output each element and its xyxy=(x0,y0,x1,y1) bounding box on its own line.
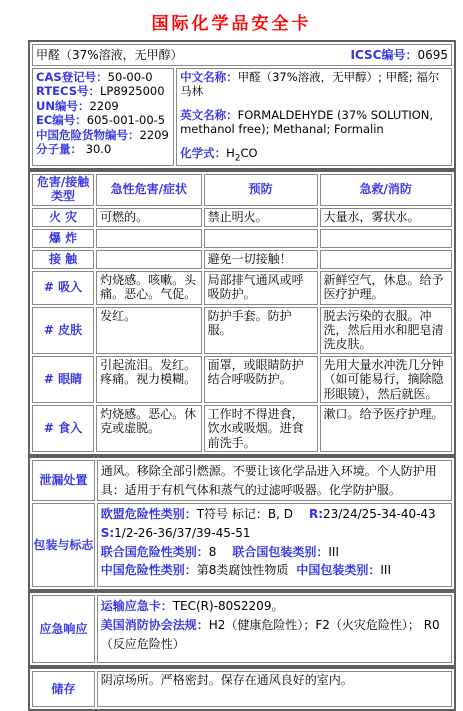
chemical-name: 甲醛（37%溶液，无甲醇） xyxy=(36,48,183,63)
icsc-number: ICSC编号：0695 xyxy=(351,48,449,63)
inhalation-response: 新鲜空气，休息。给予医疗护理。 xyxy=(320,271,453,305)
ingestion-prevention: 工作时不得进食，饮水或吸烟。进食前洗手。 xyxy=(204,405,318,452)
fire-response: 大量水，雾状水。 xyxy=(320,208,453,227)
hazard-row-exposure: 接 触 避免一切接触！ xyxy=(32,250,452,269)
un-number: UN编号：2209 xyxy=(36,99,172,113)
safety-card: 甲醛（37%溶液，无甲醇） ICSC编号：0695 CAS登记号：50-00-0… xyxy=(28,40,456,711)
english-name: 英文名称：FORMALDEHYDE (37% SOLUTION, methano… xyxy=(180,108,448,137)
column-header-prevention: 预防 xyxy=(204,174,318,206)
exposure-response xyxy=(320,250,453,269)
spill-row: 泄漏处置 通风。移除全部引燃源。不要让该化学品进入环境。个人防护用具：适用于有机… xyxy=(32,460,452,501)
spill-packaging-section: 泄漏处置 通风。移除全部引燃源。不要让该化学品进入环境。个人防护用具：适用于有机… xyxy=(28,456,456,591)
ingestion-symptoms: 灼烧感。恶心。休克或虚脱。 xyxy=(96,405,202,452)
chemical-name-row: 甲醛（37%溶液，无甲醇） ICSC编号：0695 xyxy=(32,44,452,66)
storage-section: 储存 阴凉场所。严格密封。保存在通风良好的室内。 xyxy=(28,667,456,711)
rtecs-number: RTECS号：LP8925000 xyxy=(36,84,172,98)
transport-emergency-card: 运输应急卡：TEC(R)-80S2209。 xyxy=(101,597,448,616)
skin-response: 脱去污染的衣服。冲洗，然后用水和肥皂清洗皮肤。 xyxy=(320,307,453,354)
inhalation-prevention: 局部排气通风或呼吸防护。 xyxy=(204,271,318,305)
skin-symptoms: 发红。 xyxy=(96,307,202,354)
icsc-number-label: ICSC编号： xyxy=(351,48,418,62)
column-header-type: 危害/接触类型 xyxy=(32,174,94,206)
un-classification: 联合国危险性类别：8联合国包装类别：III xyxy=(101,543,448,562)
row-label: 火 灾 xyxy=(32,208,94,227)
ec-number: EC编号：605-001-00-5 xyxy=(36,113,172,127)
spill-label: 泄漏处置 xyxy=(32,460,95,501)
column-header-symptoms: 急性危害/症状 xyxy=(96,174,202,206)
packaging-row: 包装与标志 欧盟危险性类别：T符号 标记：B, DR:23/24/25-34-4… xyxy=(32,503,452,587)
hazard-row-inhalation: # 吸入 灼烧感。咳嗽。头痛。恶心。气促。 局部排气通风或呼吸防护。 新鲜空气，… xyxy=(32,271,452,305)
cas-number: CAS登记号：50-00-0 xyxy=(36,70,172,84)
s-phrases: S:1/2-26-36/37/39-45-51 xyxy=(101,524,448,543)
row-label: 接 触 xyxy=(32,250,94,269)
storage-row: 储存 阴凉场所。严格密封。保存在通风良好的室内。 xyxy=(32,671,452,707)
emergency-label: 应急响应 xyxy=(32,595,95,663)
row-label: # 吸入 xyxy=(32,271,94,305)
skin-prevention: 防护手套。防护服。 xyxy=(204,307,318,354)
hazard-row-explosion: 爆 炸 xyxy=(32,229,452,248)
fire-symptoms: 可燃的。 xyxy=(96,208,202,227)
hazard-row-ingestion: # 食入 灼烧感。恶心。休克或虚脱。 工作时不得进食，饮水或吸烟。进食前洗手。 … xyxy=(32,405,452,452)
hazard-table-header: 危害/接触类型 急性危害/症状 预防 急救/消防 xyxy=(32,174,452,206)
nfpa-code: 美国消防协会法规：H2（健康危险性）；F2（火灾危险性）； R0（反应危险性） xyxy=(101,616,448,653)
chemical-names: 中文名称：甲醛（37%溶液，无甲醇）; 甲醛; 福尔马林 英文名称：FORMAL… xyxy=(176,68,452,166)
icsc-number-value: 0695 xyxy=(417,48,448,62)
chinese-name: 中文名称：甲醛（37%溶液，无甲醇）; 甲醛; 福尔马林 xyxy=(180,70,448,99)
ingestion-response: 漱口。给予医疗护理。 xyxy=(320,405,453,452)
row-label: 爆 炸 xyxy=(32,229,94,248)
emergency-content: 运输应急卡：TEC(R)-80S2209。 美国消防协会法规：H2（健康危险性）… xyxy=(97,595,452,663)
molecular-weight: 分子量： 30.0 xyxy=(36,142,172,156)
exposure-symptoms xyxy=(96,250,202,269)
explosion-response xyxy=(320,229,453,248)
emergency-row: 应急响应 运输应急卡：TEC(R)-80S2209。 美国消防协会法规：H2（健… xyxy=(32,595,452,663)
registry-numbers: CAS登记号：50-00-0 RTECS号：LP8925000 UN编号：220… xyxy=(32,68,174,166)
hazard-row-fire: 火 灾 可燃的。 禁止明火。 大量水，雾状水。 xyxy=(32,208,452,227)
storage-text: 阴凉场所。严格密封。保存在通风良好的室内。 xyxy=(97,671,452,707)
explosion-symptoms xyxy=(96,229,202,248)
row-label: # 食入 xyxy=(32,405,94,452)
explosion-prevention xyxy=(204,229,318,248)
hazard-row-skin: # 皮肤 发红。 防护手套。防护服。 脱去污染的衣服。冲洗，然后用水和肥皂清洗皮… xyxy=(32,307,452,354)
china-dg-number: 中国危险货物编号：2209 xyxy=(36,128,172,142)
packaging-content: 欧盟危险性类别：T符号 标记：B, DR:23/24/25-34-40-43 S… xyxy=(97,503,452,587)
hazard-row-eyes: # 眼睛 引起流泪。发红。疼痛。视力模糊。 面罩，或眼睛防护结合呼吸防护。 先用… xyxy=(32,356,452,403)
hazard-table: 危害/接触类型 急性危害/症状 预防 急救/消防 火 灾 可燃的。 禁止明火。 … xyxy=(28,170,456,456)
chemical-formula: 化学式：H2CO xyxy=(180,146,448,165)
exposure-prevention: 避免一切接触！ xyxy=(204,250,318,269)
eyes-symptoms: 引起流泪。发红。疼痛。视力模糊。 xyxy=(96,356,202,403)
emergency-section: 应急响应 运输应急卡：TEC(R)-80S2209。 美国消防协会法规：H2（健… xyxy=(28,591,456,667)
page-title: 国际化学品安全卡 xyxy=(0,9,463,34)
packaging-label: 包装与标志 xyxy=(32,503,95,587)
eyes-prevention: 面罩，或眼睛防护结合呼吸防护。 xyxy=(204,356,318,403)
storage-label: 储存 xyxy=(32,671,95,707)
row-label: # 皮肤 xyxy=(32,307,94,354)
fire-prevention: 禁止明火。 xyxy=(204,208,318,227)
spill-text: 通风。移除全部引燃源。不要让该化学品进入环境。个人防护用具：适用于有机气体和蒸气… xyxy=(97,460,452,501)
china-classification: 中国危险性类别：第8类腐蚀性物质中国包装类别：III xyxy=(101,561,448,580)
eyes-response: 先用大量水冲洗几分钟（如可能易行，摘除隐形眼镜），然后就医。 xyxy=(320,356,453,403)
row-label: # 眼睛 xyxy=(32,356,94,403)
column-header-response: 急救/消防 xyxy=(320,174,453,206)
eu-classification: 欧盟危险性类别：T符号 标记：B, DR:23/24/25-34-40-43 xyxy=(101,505,448,524)
inhalation-symptoms: 灼烧感。咳嗽。头痛。恶心。气促。 xyxy=(96,271,202,305)
identity-section: 甲醛（37%溶液，无甲醇） ICSC编号：0695 CAS登记号：50-00-0… xyxy=(28,40,456,170)
